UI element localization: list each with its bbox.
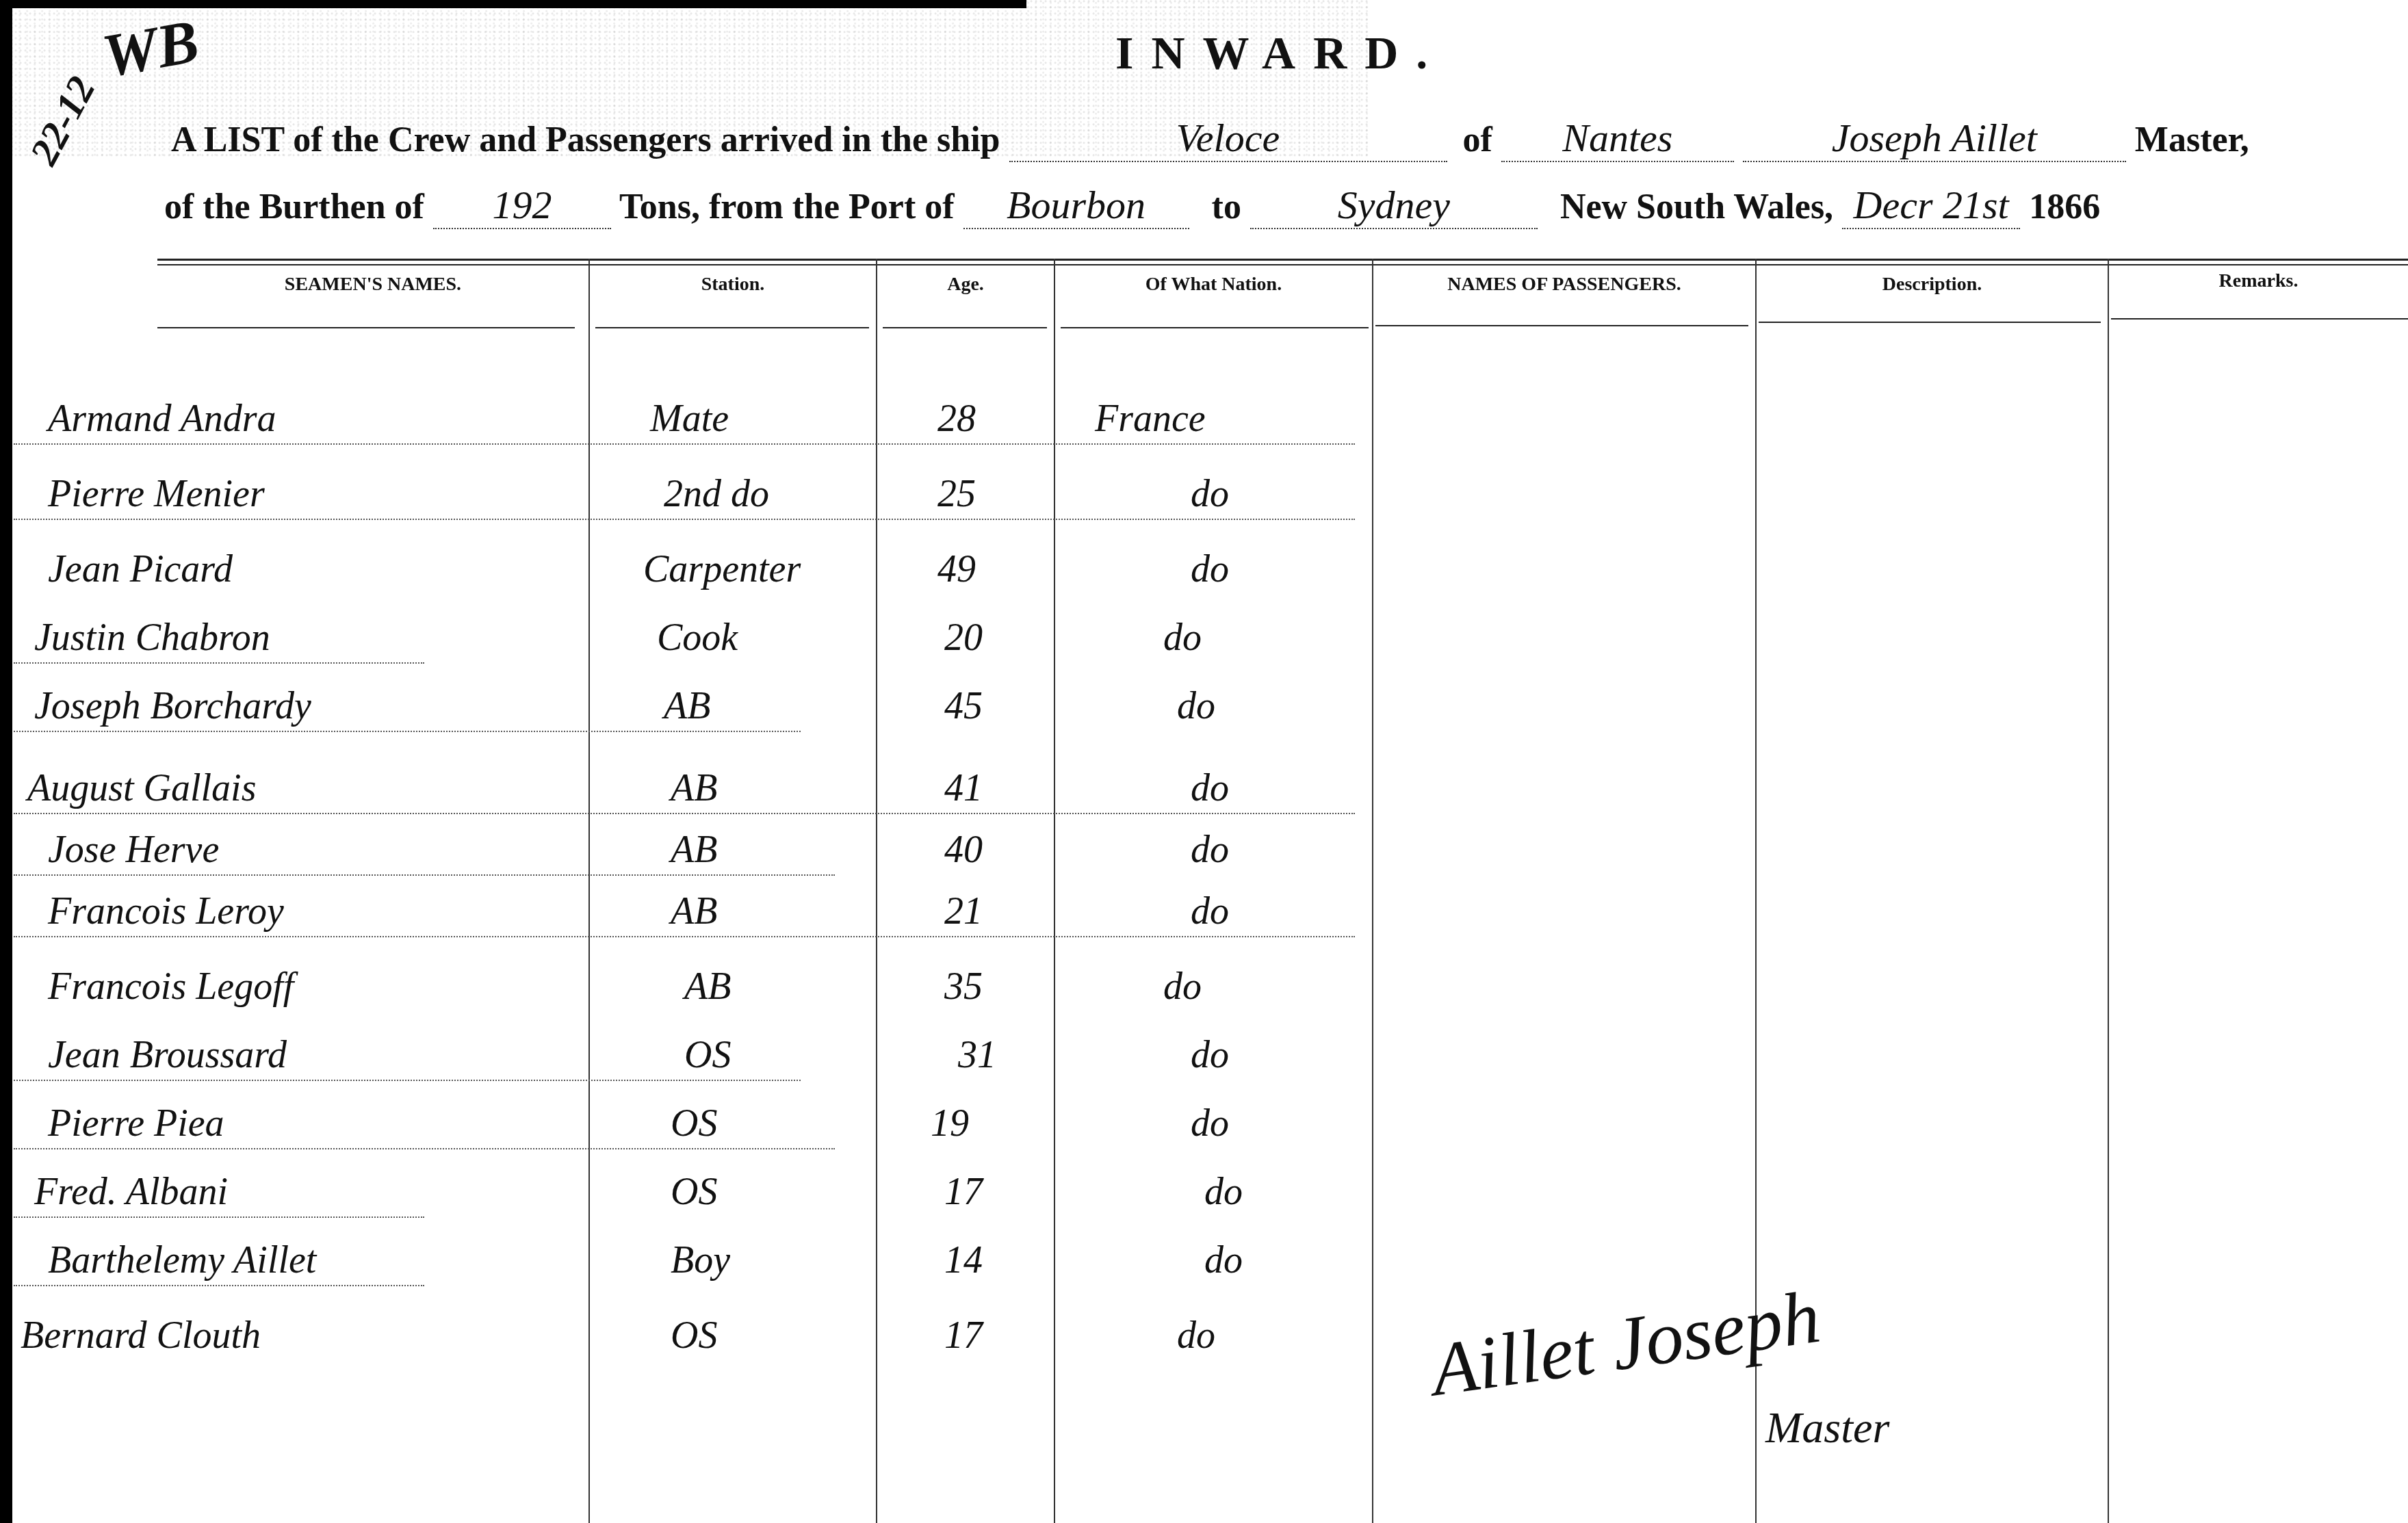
seaman-station: 2nd do bbox=[664, 472, 769, 516]
table-top-rule bbox=[157, 259, 2408, 261]
crew-row: Joseph Borchardy AB 45 do bbox=[14, 691, 1355, 732]
crew-row: Pierre Menier 2nd do 25 do bbox=[14, 479, 1355, 520]
seaman-age: 28 bbox=[937, 397, 976, 441]
seaman-age: 17 bbox=[944, 1314, 983, 1357]
seaman-age: 14 bbox=[944, 1238, 983, 1282]
seaman-nation: do bbox=[1191, 1102, 1229, 1145]
seaman-nation: do bbox=[1191, 547, 1229, 591]
scan-edge-left bbox=[0, 0, 12, 1523]
crew-row: Bernard Clouth OS 17 do bbox=[14, 1320, 1355, 1362]
header-description: Description. bbox=[1757, 274, 2108, 296]
header-passenger-names: NAMES OF PASSENGERS. bbox=[1373, 274, 1755, 296]
master-label: Master, bbox=[2135, 120, 2249, 159]
seaman-nation: do bbox=[1204, 1170, 1243, 1214]
crew-row: August Gallais AB 41 do bbox=[14, 773, 1355, 814]
seaman-station: AB bbox=[671, 828, 717, 872]
seaman-station: Carpenter bbox=[643, 547, 801, 591]
seaman-age: 20 bbox=[944, 616, 983, 660]
header-line-1: A LIST of the Crew and Passengers arrive… bbox=[171, 115, 2249, 162]
seaman-age: 41 bbox=[944, 766, 983, 810]
seaman-name: Pierre Menier bbox=[48, 472, 265, 516]
seaman-age: 31 bbox=[958, 1033, 996, 1077]
row-rule bbox=[14, 662, 424, 664]
list-title-text: A LIST of the Crew and Passengers arrive… bbox=[171, 120, 1000, 159]
crew-row: Fred. Albani OS 17 do bbox=[14, 1177, 1355, 1218]
seaman-age: 40 bbox=[944, 828, 983, 872]
header-underline bbox=[1759, 322, 2101, 323]
row-rule bbox=[14, 1147, 835, 1149]
seaman-station: OS bbox=[671, 1314, 717, 1357]
table-top-rule-2 bbox=[157, 264, 2408, 265]
row-rule bbox=[14, 1284, 424, 1286]
header-underline bbox=[157, 327, 575, 328]
header-station: Station. bbox=[590, 274, 876, 296]
ship-name: Veloce bbox=[1009, 115, 1447, 162]
seaman-nation: do bbox=[1191, 828, 1229, 872]
crew-row: Justin Chabron Cook 20 do bbox=[14, 623, 1355, 664]
header-remarks: Remarks. bbox=[2109, 270, 2408, 292]
header-seamen-names: SEAMEN'S NAMES. bbox=[157, 274, 588, 296]
seaman-name: Jose Herve bbox=[48, 828, 219, 872]
seaman-station: OS bbox=[671, 1102, 717, 1145]
seaman-name: Francois Leroy bbox=[48, 889, 284, 933]
header-underline bbox=[883, 327, 1047, 328]
seaman-station: AB bbox=[671, 889, 717, 933]
crew-row: Barthelemy Aillet Boy 14 do bbox=[14, 1245, 1355, 1286]
seaman-name: Armand Andra bbox=[48, 397, 276, 441]
burthen-label: of the Burthen of bbox=[164, 187, 424, 226]
seaman-age: 45 bbox=[944, 684, 983, 728]
seaman-station: AB bbox=[671, 766, 717, 810]
seaman-nation: France bbox=[1095, 397, 1206, 441]
seaman-name: Bernard Clouth bbox=[21, 1314, 261, 1357]
seaman-nation: do bbox=[1163, 965, 1202, 1008]
master-signature: Aillet Joseph bbox=[1426, 1273, 1825, 1414]
header-underline bbox=[595, 327, 869, 328]
seaman-age: 25 bbox=[937, 472, 976, 516]
page-title: INWARD. bbox=[1115, 26, 1445, 80]
seaman-nation: do bbox=[1191, 889, 1229, 933]
seaman-name: Pierre Piea bbox=[48, 1102, 224, 1145]
row-rule bbox=[14, 935, 1355, 937]
seaman-age: 17 bbox=[944, 1170, 983, 1214]
port-of-registry: Nantes bbox=[1501, 115, 1734, 162]
seaman-nation: do bbox=[1177, 1314, 1215, 1357]
seaman-name: Jean Picard bbox=[48, 547, 233, 591]
crew-row: Pierre Piea OS 19 do bbox=[14, 1108, 1355, 1149]
crew-row: Jean Picard Carpenter 49 do bbox=[14, 554, 1355, 595]
seaman-nation: do bbox=[1191, 472, 1229, 516]
seaman-age: 19 bbox=[931, 1102, 969, 1145]
of-label: of bbox=[1463, 120, 1492, 159]
seaman-nation: do bbox=[1177, 684, 1215, 728]
header-line-2: of the Burthen of 192 Tons, from the Por… bbox=[164, 182, 2100, 229]
seaman-name: Justin Chabron bbox=[34, 616, 270, 660]
arrival-date: Decr 21st bbox=[1842, 182, 2020, 229]
seaman-name: Jean Broussard bbox=[48, 1033, 287, 1077]
seaman-nation: do bbox=[1163, 616, 1202, 660]
seaman-station: Mate bbox=[650, 397, 729, 441]
column-divider bbox=[2108, 259, 2109, 1523]
seaman-name: Francois Legoff bbox=[48, 965, 294, 1008]
seaman-station: AB bbox=[684, 965, 731, 1008]
row-rule bbox=[14, 812, 1355, 814]
crew-row: Armand Andra Mate 28 France bbox=[14, 404, 1355, 445]
master-title: Master bbox=[1765, 1403, 1889, 1453]
seaman-name: Barthelemy Aillet bbox=[48, 1238, 316, 1282]
row-rule bbox=[14, 518, 1355, 520]
header-underline bbox=[1061, 327, 1369, 328]
row-rule bbox=[14, 443, 1355, 445]
tonnage: 192 bbox=[433, 182, 611, 229]
arrival-year: 1866 bbox=[2029, 187, 2100, 226]
to-label: to bbox=[1212, 187, 1241, 226]
master-name: Joseph Aillet bbox=[1743, 115, 2126, 162]
seaman-station: AB bbox=[664, 684, 710, 728]
seaman-age: 21 bbox=[944, 889, 983, 933]
seaman-name: Joseph Borchardy bbox=[34, 684, 311, 728]
column-divider bbox=[1372, 259, 1373, 1523]
from-port-label: Tons, from the Port of bbox=[619, 187, 955, 226]
colony-label: New South Wales, bbox=[1560, 187, 1833, 226]
header-nation: Of What Nation. bbox=[1055, 274, 1372, 296]
seaman-nation: do bbox=[1191, 766, 1229, 810]
row-rule bbox=[14, 1216, 424, 1218]
seaman-nation: do bbox=[1191, 1033, 1229, 1077]
destination-port: Sydney bbox=[1250, 182, 1538, 229]
seaman-name: August Gallais bbox=[27, 766, 256, 810]
crew-row: Jose Herve AB 40 do bbox=[14, 835, 1355, 876]
seaman-station: OS bbox=[671, 1170, 717, 1214]
row-rule bbox=[14, 874, 835, 876]
row-rule bbox=[14, 730, 801, 732]
seaman-station: Cook bbox=[657, 616, 738, 660]
seaman-age: 35 bbox=[944, 965, 983, 1008]
crew-row: Francois Leroy AB 21 do bbox=[14, 896, 1355, 937]
seaman-nation: do bbox=[1204, 1238, 1243, 1282]
scan-edge-top bbox=[0, 0, 1026, 8]
row-rule bbox=[14, 1079, 801, 1081]
header-underline bbox=[2111, 318, 2408, 320]
header-age: Age. bbox=[877, 274, 1054, 296]
seaman-station: Boy bbox=[671, 1238, 730, 1282]
crew-row: Francois Legoff AB 35 do bbox=[14, 972, 1355, 1013]
seaman-name: Fred. Albani bbox=[34, 1170, 228, 1214]
seaman-station: OS bbox=[684, 1033, 731, 1077]
seaman-age: 49 bbox=[937, 547, 976, 591]
header-underline bbox=[1375, 325, 1748, 326]
crew-row: Jean Broussard OS 31 do bbox=[14, 1040, 1355, 1081]
from-port: Bourbon bbox=[963, 182, 1189, 229]
